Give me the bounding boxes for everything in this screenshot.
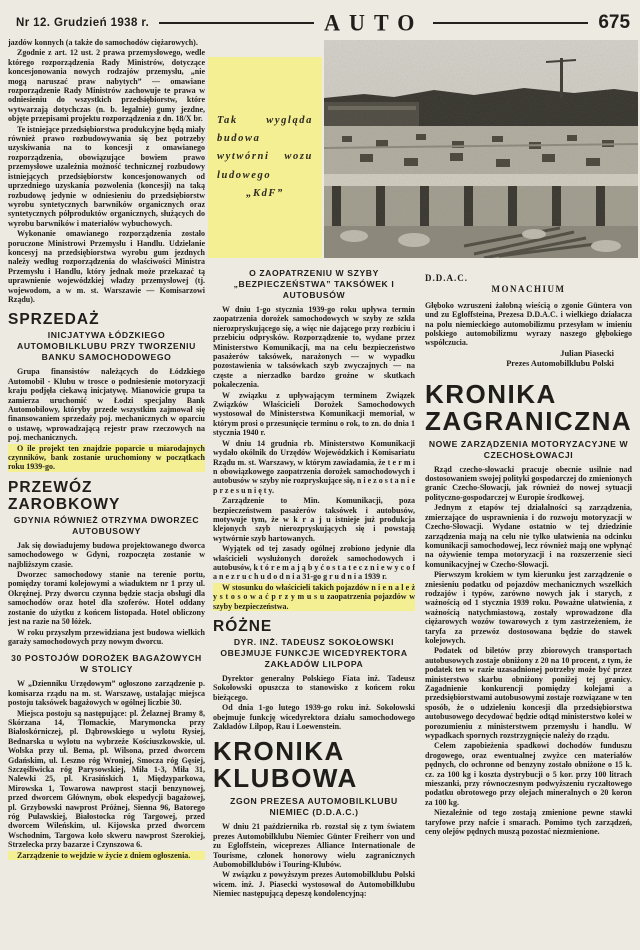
paragraph: Te istniejące przedsiębiorstwa produkcyj… xyxy=(8,125,205,228)
section-przewoz-zarobkowy: PRZEWÓZ ZAROBKOWY GDYNIA RÓWNIEŻ OTRZYMA… xyxy=(8,479,205,646)
paragraph: Pierwszym krokiem w tym kierunku jest za… xyxy=(425,570,632,645)
section-title-line: KLUBOWA xyxy=(213,763,358,793)
paragraph: Celem zapobieżenia spadkowi dochodów fun… xyxy=(425,741,632,807)
paragraph: Od dnia 1-go lutego 1939-go roku inż. So… xyxy=(213,703,415,731)
section-subtitle: DYR. INŻ. TADEUSZ SOKOŁOWSKI OBEJMUJE FU… xyxy=(213,637,415,670)
section-title: KRONIKAKLUBOWA xyxy=(213,738,415,792)
paragraph: Wykonanie omawianego rozporządzenia zost… xyxy=(8,229,205,304)
paragraph: W związku z powyższym prezes Automobilkl… xyxy=(213,870,415,898)
section-sprzedaz: SPRZEDAŻ INICJATYWA ŁÓDZKIEGO AUTOMOBILK… xyxy=(8,311,205,471)
paragraph: Zarządzenie to Min. Komunikacji, poza be… xyxy=(213,496,415,543)
paragraph: W dniu 14 grudnia rb. Ministerstwo Komun… xyxy=(213,439,415,495)
paragraph: W dniu 21 października rb. rozstał się z… xyxy=(213,822,415,869)
section-title: SPRZEDAŻ xyxy=(8,311,205,328)
section-rozne: RÓŻNE DYR. INŻ. TADEUSZ SOKOŁOWSKI OBEJM… xyxy=(213,618,415,731)
construction-photo xyxy=(324,40,638,258)
column-left: jazdów konnych (a także do samochodów ci… xyxy=(8,38,205,945)
highlighted-paragraph: O ile projekt ten znajdzie poparcie u mi… xyxy=(8,444,205,472)
page-content: Tak wygląda budowa wytwórni wozu ludoweg… xyxy=(8,38,632,945)
masthead: Nr 12. Grudzień 1938 r. AUTO 675 xyxy=(16,10,630,36)
magazine-page: Nr 12. Grudzień 1938 r. AUTO 675 Tak wyg… xyxy=(0,0,640,950)
highlighted-paragraph: Zarządzenie to wejdzie w życie z dniem o… xyxy=(8,851,205,860)
section-szyby-bezpieczenstwa: O ZAOPATRZENIU W SZYBY „BEZPIECZEŃSTWA” … xyxy=(213,268,415,611)
issue-label: Nr 12. Grudzień 1938 r. xyxy=(16,17,149,29)
section-subtitle: 30 POSTOJÓW DOROŻEK BAGAŻOWYCH W STOLICY xyxy=(8,653,205,675)
section-kronika-zagraniczna: KRONIKAZAGRANICZNA NOWE ZARZĄDZENIA MOTO… xyxy=(425,381,632,837)
paragraph: Miejsca postoju są następujące: pl. Żela… xyxy=(8,709,205,850)
paragraph: W roku przyszłym przewidziana jest budow… xyxy=(8,628,205,647)
paragraph: Wyjątek od tej zasady ogólnej zrobiono j… xyxy=(213,544,415,582)
paragraph: Rząd czecho-słowacki pracuje obecnie usi… xyxy=(425,465,632,503)
section-subtitle: ZGON PREZESA AUTOMOBILKLUBU NIEMIEC (D.D… xyxy=(213,796,415,818)
masthead-rule-right xyxy=(433,22,588,24)
section-title: PRZEWÓZ ZAROBKOWY xyxy=(8,479,205,513)
paragraph: W dniu 1-go stycznia 1939-go roku upływa… xyxy=(213,305,415,390)
magazine-title: AUTO xyxy=(324,9,423,36)
section-title: RÓŻNE xyxy=(213,618,415,635)
paragraph: Niezależnie od tego zostają zmienione pe… xyxy=(425,808,632,836)
column-middle: O ZAOPATRZENIU W SZYBY „BEZPIECZEŃSTWA” … xyxy=(213,268,415,945)
telegram-signature-title: Prezes Automobilklubu Polski xyxy=(425,359,614,368)
section-title: KRONIKAZAGRANICZNA xyxy=(425,381,632,435)
paragraph: Zgodnie z art. 12 ust. 2 prawa przemysło… xyxy=(8,48,205,123)
section-subtitle: GDYNIA RÓWNIEŻ OTRZYMA DWORZEC AUTOBUSOW… xyxy=(8,515,205,537)
section-subtitle: NOWE ZARZĄDZENIA MOTORYZACYJNE W CZECHOS… xyxy=(425,439,632,461)
paragraph: Jak się dowiadujemy budowa projektowaneg… xyxy=(8,541,205,569)
telegram-body: Głęboko wzruszeni żałobną wieścią o zgon… xyxy=(425,301,632,348)
section-postoje-dorozek: 30 POSTOJÓW DOROŻEK BAGAŻOWYCH W STOLICY… xyxy=(8,653,205,860)
section-title-line: KRONIKA xyxy=(213,736,345,766)
masthead-rule-left xyxy=(159,22,314,24)
paragraph: W związku z upływającym terminem Związek… xyxy=(213,391,415,438)
telegram-signature: Julian Piasecki xyxy=(425,349,614,358)
section-title-line: KRONIKA xyxy=(425,379,557,409)
column-right: D.D.A.C. MONACHIUM Głęboko wzruszeni żał… xyxy=(425,274,632,945)
paragraph: Dworzec samochodowy stanie na terenie po… xyxy=(8,570,205,626)
section-kronika-klubowa: KRONIKAKLUBOWA ZGON PREZESA AUTOMOBILKLU… xyxy=(213,738,415,898)
highlighted-paragraph: W stosunku do właścicieli takich pojazdó… xyxy=(213,583,415,611)
paragraph: Dyrektor generalny Polskiego Fiata inż. … xyxy=(213,674,415,702)
section-subtitle: INICJATYWA ŁÓDZKIEGO AUTOMOBILKLUBU PRZY… xyxy=(8,330,205,363)
telegram-addressee: D.D.A.C. xyxy=(425,274,632,283)
telegram-city: MONACHIUM xyxy=(425,285,632,294)
condolence-telegram: D.D.A.C. MONACHIUM Głęboko wzruszeni żał… xyxy=(425,274,632,369)
section-subtitle: O ZAOPATRZENIU W SZYBY „BEZPIECZEŃSTWA” … xyxy=(213,268,415,301)
page-number: 675 xyxy=(598,12,630,34)
photo-caption: Tak wygląda budowa wytwórni wozu ludoweg… xyxy=(208,112,322,204)
section-title-line: ZAGRANICZNA xyxy=(425,406,632,436)
photo-caption-block: Tak wygląda budowa wytwórni wozu ludoweg… xyxy=(208,57,322,258)
paragraph: W „Dzienniku Urzędowym” ogłoszono zarząd… xyxy=(8,679,205,707)
paragraph: Podatek od biletów przy zbiorowych trans… xyxy=(425,646,632,740)
paragraph: jazdów konnych (a także do samochodów ci… xyxy=(8,38,205,47)
paragraph: Jednym z etapów tej działalności są zarz… xyxy=(425,503,632,569)
paragraph: Grupa finansistów należących do Łódzkieg… xyxy=(8,367,205,442)
